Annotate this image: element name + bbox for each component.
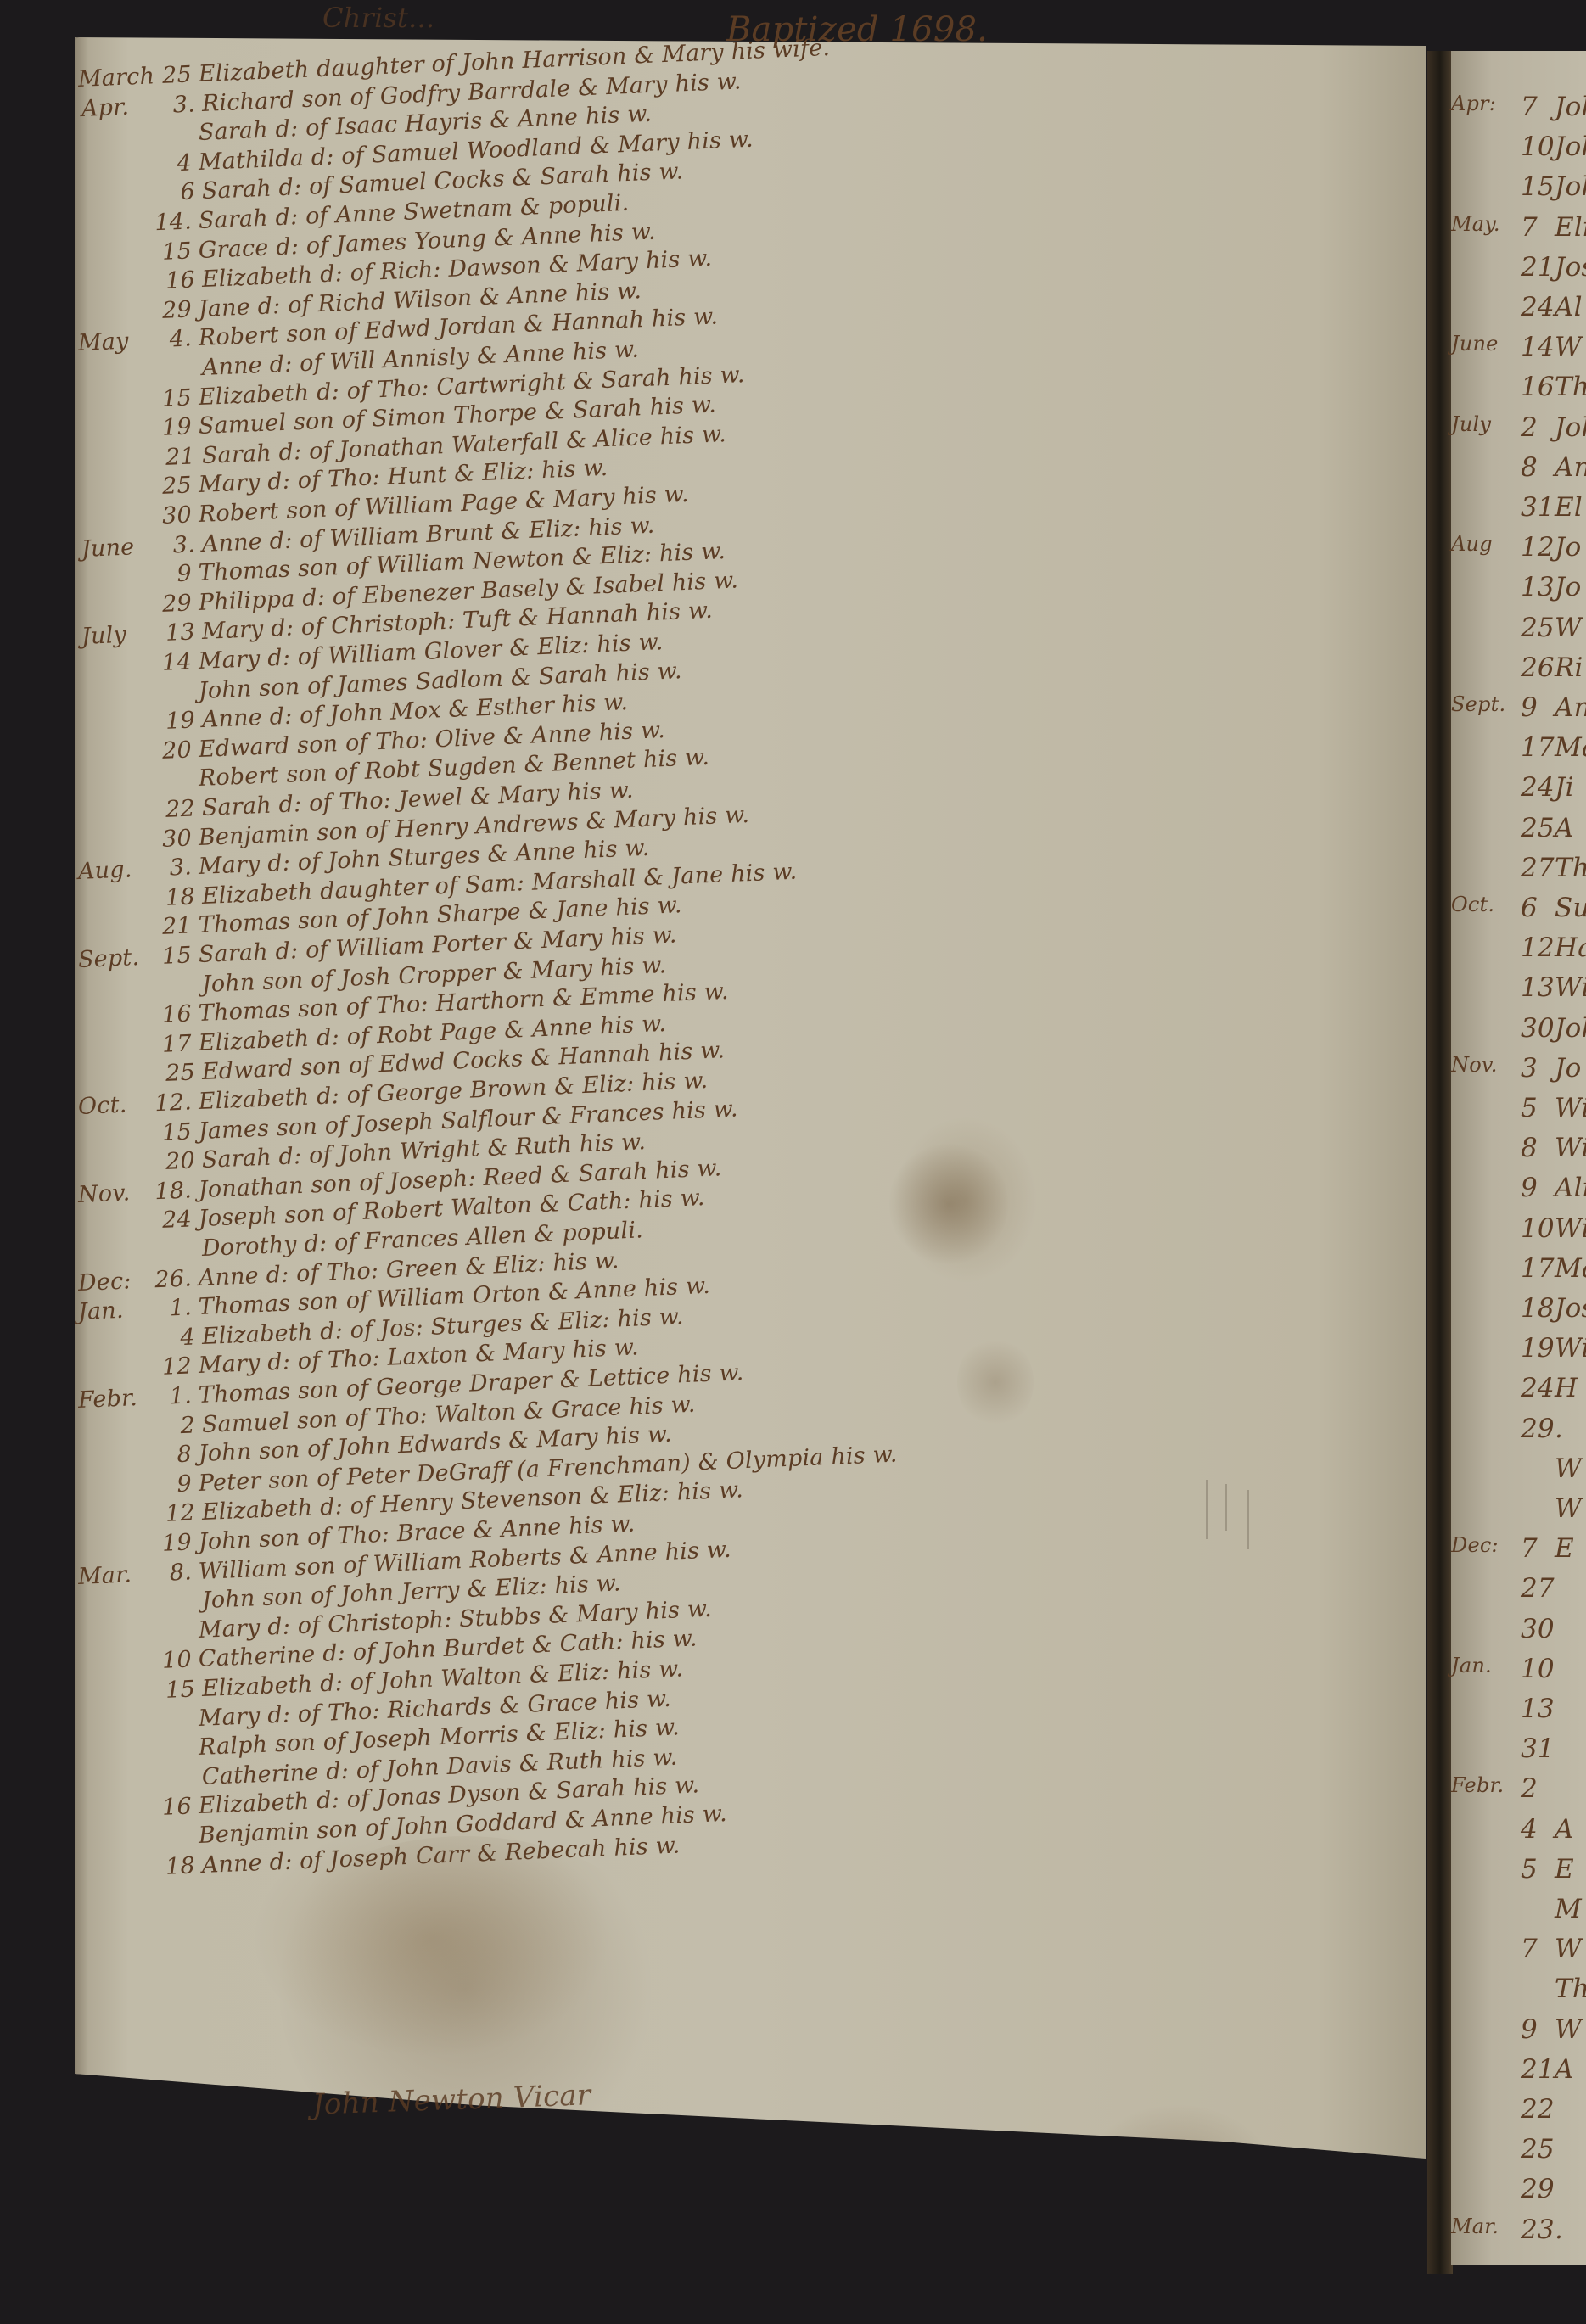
entry-month bbox=[81, 465, 156, 468]
entry-day: 30 bbox=[152, 825, 192, 853]
entry-day: 14. bbox=[152, 208, 192, 236]
entry-month bbox=[81, 1169, 156, 1173]
entry-text: Jo bbox=[1555, 572, 1582, 602]
entry-month: Febr. bbox=[77, 1384, 153, 1414]
entry-month bbox=[78, 1728, 153, 1731]
entry-month: Mar. bbox=[77, 1560, 153, 1590]
entry-day: 3. bbox=[155, 531, 195, 559]
entry-text: . bbox=[1555, 2215, 1563, 2245]
entry-day bbox=[153, 1638, 192, 1639]
entry-day: 17 bbox=[152, 1030, 192, 1058]
entry-text: Ji bbox=[1555, 772, 1574, 803]
baptism-entry-partial: 5E bbox=[1443, 1854, 1586, 1888]
entry-month bbox=[81, 288, 156, 292]
baptism-entry-partial: Oct.6Susan bbox=[1443, 893, 1586, 927]
entry-day: 18. bbox=[152, 1177, 192, 1205]
ink-stain bbox=[889, 1140, 1008, 1268]
baptism-entry-partial: 16Th bbox=[1443, 372, 1586, 406]
entry-day: 24 bbox=[152, 1207, 192, 1235]
entry-day: 9 bbox=[1521, 2014, 1538, 2045]
entry-text: Will bbox=[1555, 972, 1586, 1003]
entry-day: 16 bbox=[155, 267, 195, 295]
entry-day bbox=[156, 1256, 195, 1257]
baptism-entry-partial: 13Jo bbox=[1443, 572, 1586, 606]
entry-month bbox=[81, 994, 156, 997]
baptism-entry-partial: 26Ri bbox=[1443, 652, 1586, 686]
entry-day: 12 bbox=[1521, 532, 1555, 563]
entry-day: 26 bbox=[1521, 652, 1555, 683]
entry-day: 4 bbox=[155, 1324, 195, 1352]
baptism-entry-partial: 25W bbox=[1443, 613, 1586, 647]
entry-day: 25 bbox=[1521, 813, 1555, 843]
entry-day: 19 bbox=[155, 708, 195, 736]
entry-text: Al bbox=[1555, 292, 1583, 322]
entry-day: 16 bbox=[152, 1794, 192, 1822]
entry-day: 31 bbox=[1521, 1733, 1555, 1764]
entry-month bbox=[78, 670, 153, 674]
baptism-entry-partial: 22 bbox=[1443, 2094, 1586, 2128]
entry-day bbox=[153, 141, 192, 143]
entry-month: Oct. bbox=[77, 1090, 153, 1120]
entry-day: 1. bbox=[152, 1382, 192, 1410]
entry-day: 8 bbox=[152, 1442, 192, 1470]
entry-day: 3 bbox=[1521, 1053, 1538, 1084]
entry-day: 20 bbox=[152, 736, 192, 764]
entry-text: E bbox=[1555, 1854, 1574, 1884]
baptism-entry-partial: 31El bbox=[1443, 492, 1586, 526]
entry-text: Joh bbox=[1555, 1013, 1586, 1044]
baptism-entry-partial: 17Ma bbox=[1443, 732, 1586, 766]
entry-text: A bbox=[1555, 813, 1574, 843]
entry-month: Sept. bbox=[1451, 692, 1505, 716]
entry-text: Jos bbox=[1555, 252, 1586, 283]
entry-month bbox=[78, 435, 153, 439]
entry-day: 19 bbox=[1521, 1333, 1555, 1364]
entry-day: 22 bbox=[155, 795, 195, 823]
entry-day: 19 bbox=[152, 414, 192, 442]
baptism-entry-partial: 29. bbox=[1443, 1414, 1586, 1448]
baptism-entry-partial: 7W bbox=[1443, 1934, 1586, 1968]
entry-month bbox=[78, 1492, 153, 1496]
entry-day: 8. bbox=[152, 1559, 192, 1587]
pencil-mark bbox=[1247, 1490, 1249, 1549]
baptism-entry-partial: 13 bbox=[1443, 1694, 1586, 1728]
entry-day bbox=[156, 1784, 195, 1786]
baptism-entry-partial: 30 bbox=[1443, 1614, 1586, 1648]
entry-text: Will bbox=[1555, 1213, 1586, 1244]
entry-month bbox=[78, 1756, 153, 1760]
entry-month bbox=[78, 1375, 153, 1379]
entry-day: 4 bbox=[152, 149, 192, 177]
entry-day: 12 bbox=[152, 1353, 192, 1381]
entry-day: 5 bbox=[1521, 1854, 1538, 1884]
baptism-entry-partial: 27Th bbox=[1443, 853, 1586, 887]
entry-month bbox=[78, 406, 153, 410]
baptism-entry-partial: M bbox=[1443, 1894, 1586, 1928]
entry-day: 13 bbox=[1521, 972, 1555, 1003]
baptism-entry-partial: 4A bbox=[1443, 1814, 1586, 1848]
entry-day: 6 bbox=[1521, 893, 1538, 923]
entry-day: 21 bbox=[1521, 252, 1555, 283]
baptism-entry-partial: June14W bbox=[1443, 332, 1586, 366]
entry-month bbox=[78, 1551, 153, 1554]
entry-month bbox=[78, 582, 153, 585]
entry-month bbox=[78, 1463, 153, 1466]
baptism-entry-partial: 8An bbox=[1443, 452, 1586, 486]
entry-day: 4. bbox=[152, 326, 192, 354]
entry-day bbox=[156, 1609, 195, 1610]
entry-day: 12 bbox=[1521, 932, 1555, 963]
entry-text: Jo bbox=[1555, 532, 1582, 563]
water-stain bbox=[957, 1336, 1034, 1429]
entry-month bbox=[81, 1434, 156, 1437]
baptism-entry-partial: Apr:7Joh bbox=[1443, 92, 1586, 126]
entry-month bbox=[81, 1698, 156, 1701]
baptism-entry-partial: Dec:7E bbox=[1443, 1533, 1586, 1567]
entry-day: 26. bbox=[152, 1265, 192, 1293]
entry-day: 2 bbox=[1521, 412, 1538, 443]
entry-month: Jan. bbox=[1451, 1654, 1492, 1677]
entry-day: 7 bbox=[1521, 212, 1538, 243]
entry-text: Ann bbox=[1555, 692, 1586, 723]
entry-day: 29 bbox=[152, 590, 192, 618]
entry-day: 15 bbox=[155, 1676, 195, 1704]
entry-month bbox=[81, 1874, 156, 1878]
entry-day: 18 bbox=[1521, 1293, 1555, 1324]
entry-day: 31 bbox=[1521, 492, 1555, 523]
entry-text: Wil bbox=[1555, 1333, 1586, 1364]
entry-day: 5 bbox=[1521, 1093, 1538, 1123]
entry-text: Joh bbox=[1555, 132, 1586, 162]
entry-day: 10 bbox=[1521, 1654, 1555, 1684]
entry-text: Susan bbox=[1555, 893, 1586, 923]
dirt-stain bbox=[550, 2142, 771, 2260]
baptism-entry-partial: 5Will bbox=[1443, 1093, 1586, 1127]
entry-day: 17 bbox=[1521, 732, 1555, 763]
baptism-entry-partial: 21Jos bbox=[1443, 252, 1586, 286]
entry-day: 8 bbox=[1521, 452, 1538, 483]
entry-text: E bbox=[1555, 1533, 1574, 1564]
entry-day: 15 bbox=[1521, 171, 1555, 202]
entry-day: 25 bbox=[152, 61, 192, 89]
entry-day: 7 bbox=[1521, 1533, 1538, 1564]
entry-text: A bbox=[1555, 2054, 1574, 2085]
baptism-entry-partial: 9Alic bbox=[1443, 1173, 1586, 1207]
entry-text: Ma bbox=[1555, 732, 1586, 763]
entry-day: 15 bbox=[152, 942, 192, 970]
entry-month: Nov. bbox=[77, 1179, 153, 1208]
entry-month bbox=[78, 1669, 153, 1672]
entry-day: 21 bbox=[155, 443, 195, 471]
baptism-entry-partial: 9W bbox=[1443, 2014, 1586, 2048]
entry-month bbox=[78, 230, 153, 233]
entry-text: An bbox=[1555, 452, 1586, 483]
entry-month: Dec: bbox=[1451, 1533, 1499, 1557]
entry-day: 30 bbox=[1521, 1013, 1555, 1044]
entry-day: 2 bbox=[155, 1412, 195, 1440]
entry-month bbox=[81, 201, 156, 204]
entry-day: 15 bbox=[152, 238, 192, 266]
entry-day bbox=[153, 698, 192, 700]
entry-text: M bbox=[1555, 1894, 1582, 1924]
entry-month: Dec: bbox=[77, 1267, 153, 1296]
entry-month bbox=[81, 1610, 156, 1613]
entry-month bbox=[78, 1052, 153, 1056]
entry-text: Joh bbox=[1555, 412, 1586, 443]
entry-month bbox=[78, 935, 153, 938]
baptism-entry-partial: Aug12Jo bbox=[1443, 532, 1586, 566]
entry-day: 12 bbox=[155, 1500, 195, 1528]
entry-day: 14 bbox=[152, 648, 192, 676]
entry-month bbox=[78, 847, 153, 850]
header-fragment: Christ... bbox=[322, 2, 434, 34]
entry-text: H bbox=[1555, 1373, 1578, 1403]
entry-day: 29 bbox=[152, 296, 192, 324]
entry-text: A bbox=[1555, 1814, 1574, 1845]
baptism-entry-partial: 25 bbox=[1443, 2134, 1586, 2168]
entry-day: 12. bbox=[152, 1089, 192, 1117]
entry-day: 21 bbox=[152, 913, 192, 941]
entry-day: 2 bbox=[1521, 1773, 1538, 1804]
entry-day: 13 bbox=[155, 619, 195, 647]
baptism-entry-partial: 30Joh bbox=[1443, 1013, 1586, 1047]
entry-text: El bbox=[1555, 492, 1583, 523]
entry-day: 1. bbox=[152, 1295, 192, 1323]
entry-day: 9 bbox=[1521, 692, 1538, 723]
entry-day: 22 bbox=[1521, 2094, 1555, 2125]
baptism-entry-partial: 19Wil bbox=[1443, 1333, 1586, 1367]
entry-month bbox=[81, 1786, 156, 1789]
entry-text: Jo bbox=[1555, 1053, 1582, 1084]
entry-day: 30 bbox=[152, 501, 192, 529]
entry-month bbox=[78, 142, 153, 145]
entry-month bbox=[81, 905, 156, 909]
baptism-entry-partial: Febr.2 bbox=[1443, 1773, 1586, 1807]
baptism-entry-partial: May.7Eliz bbox=[1443, 212, 1586, 246]
entry-month: June bbox=[81, 533, 156, 563]
entry-day: 29 bbox=[1521, 1414, 1555, 1444]
entry-day: 4 bbox=[1521, 1814, 1538, 1845]
baptism-entry-partial: 10Joh bbox=[1443, 132, 1586, 165]
entry-text: W bbox=[1555, 332, 1582, 362]
entry-month bbox=[78, 1845, 153, 1848]
entry-month bbox=[78, 788, 153, 792]
entry-day: 27 bbox=[1521, 853, 1555, 883]
entry-day: 16 bbox=[152, 1001, 192, 1029]
entry-day: 25 bbox=[1521, 2134, 1555, 2164]
baptism-entry-partial: Nov.3Jo bbox=[1443, 1053, 1586, 1087]
entry-month: March bbox=[77, 63, 153, 92]
entry-month: July bbox=[1451, 412, 1491, 436]
entry-day bbox=[153, 787, 192, 788]
baptism-entry-partial: Jan.10 bbox=[1443, 1654, 1586, 1688]
baptism-entry-partial: 25A bbox=[1443, 813, 1586, 847]
baptism-entry-partial: W bbox=[1443, 1453, 1586, 1487]
entry-text: Jos bbox=[1555, 1293, 1586, 1324]
baptism-entry-partial: 10Will bbox=[1443, 1213, 1586, 1247]
entry-day: 7 bbox=[1521, 92, 1538, 122]
entry-day: 3. bbox=[152, 854, 192, 882]
entry-day: 15 bbox=[152, 1118, 192, 1146]
entry-day: 3. bbox=[155, 91, 195, 119]
baptism-entry-partial: 13Will bbox=[1443, 972, 1586, 1006]
entry-day: 24 bbox=[1521, 772, 1555, 803]
entry-day: 10 bbox=[1521, 1213, 1555, 1244]
baptism-entry-partial: 17Ma bbox=[1443, 1253, 1586, 1287]
entry-month: May bbox=[77, 328, 153, 357]
entry-day: 20 bbox=[155, 1148, 195, 1176]
pencil-mark bbox=[1206, 1480, 1208, 1539]
entry-text: . bbox=[1555, 1414, 1563, 1444]
entry-month bbox=[81, 817, 156, 820]
entry-day: 19 bbox=[152, 1529, 192, 1557]
entry-month: Aug. bbox=[77, 856, 153, 886]
entry-day: 30 bbox=[1521, 1614, 1555, 1644]
entry-text: W bbox=[1555, 1453, 1582, 1484]
entry-text: Han bbox=[1555, 932, 1586, 963]
entry-text: Joh bbox=[1555, 92, 1586, 122]
entry-day: 9 bbox=[152, 561, 192, 589]
entry-text: W bbox=[1555, 613, 1582, 643]
entry-day bbox=[156, 992, 195, 994]
baptism-entry-partial: July2Joh bbox=[1443, 412, 1586, 446]
entry-month: Oct. bbox=[1451, 893, 1494, 916]
entry-text: W bbox=[1555, 2014, 1582, 2045]
entry-day: 16 bbox=[1521, 372, 1555, 402]
entry-day: 10 bbox=[152, 1647, 192, 1675]
pencil-mark bbox=[1225, 1484, 1227, 1531]
baptism-entry-partial: Mar.23. bbox=[1443, 2215, 1586, 2248]
entry-month: Febr. bbox=[1451, 1773, 1504, 1797]
entry-day: 23 bbox=[1521, 2215, 1555, 2245]
entry-day: 13 bbox=[1521, 1694, 1555, 1724]
entry-day: 21 bbox=[1521, 2054, 1555, 2085]
baptism-entry-partial: 24Al bbox=[1443, 292, 1586, 326]
entry-text: Eliz bbox=[1555, 212, 1586, 243]
entry-month bbox=[78, 759, 153, 762]
entry-day: 18 bbox=[155, 883, 195, 911]
entry-text: Ma bbox=[1555, 1253, 1586, 1284]
entry-text: Th bbox=[1555, 853, 1586, 883]
entry-month bbox=[81, 1346, 156, 1349]
entry-day: 14 bbox=[1521, 332, 1555, 362]
entry-month: Nov. bbox=[1451, 1053, 1498, 1077]
entry-day: 25 bbox=[152, 473, 192, 501]
baptism-entry-partial: Sept.9Ann bbox=[1443, 692, 1586, 726]
entry-text: Th bbox=[1555, 1974, 1586, 2004]
entry-text: Will bbox=[1555, 1093, 1586, 1123]
entry-month: Sept. bbox=[77, 944, 153, 973]
entry-month bbox=[81, 1522, 156, 1526]
entry-month: Mar. bbox=[1451, 2215, 1499, 2238]
entry-day: 17 bbox=[1521, 1253, 1555, 1284]
entry-month bbox=[81, 1257, 156, 1261]
entry-month: Apr: bbox=[1451, 92, 1496, 115]
baptism-entry-partial: 31 bbox=[1443, 1733, 1586, 1767]
entry-text: W bbox=[1555, 1493, 1582, 1524]
entry-text: Will bbox=[1555, 1133, 1586, 1163]
baptism-entry-partial: 24H bbox=[1443, 1373, 1586, 1407]
entry-day: 13 bbox=[1521, 572, 1555, 602]
entry-month bbox=[78, 1140, 153, 1144]
entry-text: Th bbox=[1555, 372, 1586, 402]
entry-month: June bbox=[1451, 332, 1499, 356]
entry-month: Jan. bbox=[77, 1296, 153, 1326]
entry-month bbox=[81, 1082, 156, 1085]
entry-month bbox=[78, 700, 153, 703]
baptism-entry-partial: 15Joh bbox=[1443, 171, 1586, 205]
entry-month: Aug bbox=[1451, 532, 1493, 556]
entry-month bbox=[78, 1229, 153, 1232]
entry-day: 7 bbox=[1521, 1934, 1538, 1964]
entry-text: W bbox=[1555, 1934, 1582, 1964]
entry-day bbox=[153, 1726, 192, 1728]
entry-month bbox=[78, 612, 153, 615]
entry-day: 27 bbox=[1521, 1573, 1555, 1604]
entry-month bbox=[78, 1816, 153, 1819]
baptism-entry-partial: 24Ji bbox=[1443, 772, 1586, 806]
entry-month bbox=[81, 377, 156, 380]
entry-day: 6 bbox=[155, 179, 195, 207]
entry-day: 24 bbox=[1521, 1373, 1555, 1403]
entry-month: Apr. bbox=[81, 92, 156, 122]
entry-day: 10 bbox=[1521, 132, 1555, 162]
entry-day: 9 bbox=[1521, 1173, 1538, 1203]
baptism-entry-partial: 29 bbox=[1443, 2174, 1586, 2208]
entry-day bbox=[153, 1756, 192, 1757]
baptism-entry-partial: 8Will bbox=[1443, 1133, 1586, 1167]
baptism-entry-partial: 21A bbox=[1443, 2054, 1586, 2088]
baptism-entry-partial: 27 bbox=[1443, 1573, 1586, 1607]
baptism-entry-partial: Th bbox=[1443, 1974, 1586, 2008]
entry-day: 24 bbox=[1521, 292, 1555, 322]
entry-month bbox=[78, 495, 153, 498]
entry-month: July bbox=[81, 621, 156, 651]
entry-day bbox=[156, 375, 195, 377]
entry-day: 18 bbox=[155, 1852, 195, 1880]
entry-month: May. bbox=[1451, 212, 1500, 236]
entry-day: 25 bbox=[1521, 613, 1555, 643]
baptism-entry-partial: 12Han bbox=[1443, 932, 1586, 966]
entry-text: Alic bbox=[1555, 1173, 1586, 1203]
entry-month bbox=[78, 260, 153, 263]
entry-day: 29 bbox=[1521, 2174, 1555, 2204]
entry-month bbox=[78, 171, 153, 175]
entry-month bbox=[78, 318, 153, 322]
baptism-entry-partial: 18Jos bbox=[1443, 1293, 1586, 1327]
entry-text: Ri bbox=[1555, 652, 1583, 683]
entry-day: 9 bbox=[152, 1470, 192, 1498]
baptism-entry-partial: W bbox=[1443, 1493, 1586, 1527]
entry-day: 25 bbox=[155, 1060, 195, 1088]
entry-text: Joh bbox=[1555, 171, 1586, 202]
entry-month bbox=[78, 1639, 153, 1643]
entry-day: 15 bbox=[152, 384, 192, 412]
entry-day bbox=[153, 1843, 192, 1845]
entry-month bbox=[78, 1022, 153, 1026]
entry-day: 8 bbox=[1521, 1133, 1538, 1163]
entry-month bbox=[78, 524, 153, 527]
entry-month bbox=[81, 729, 156, 732]
